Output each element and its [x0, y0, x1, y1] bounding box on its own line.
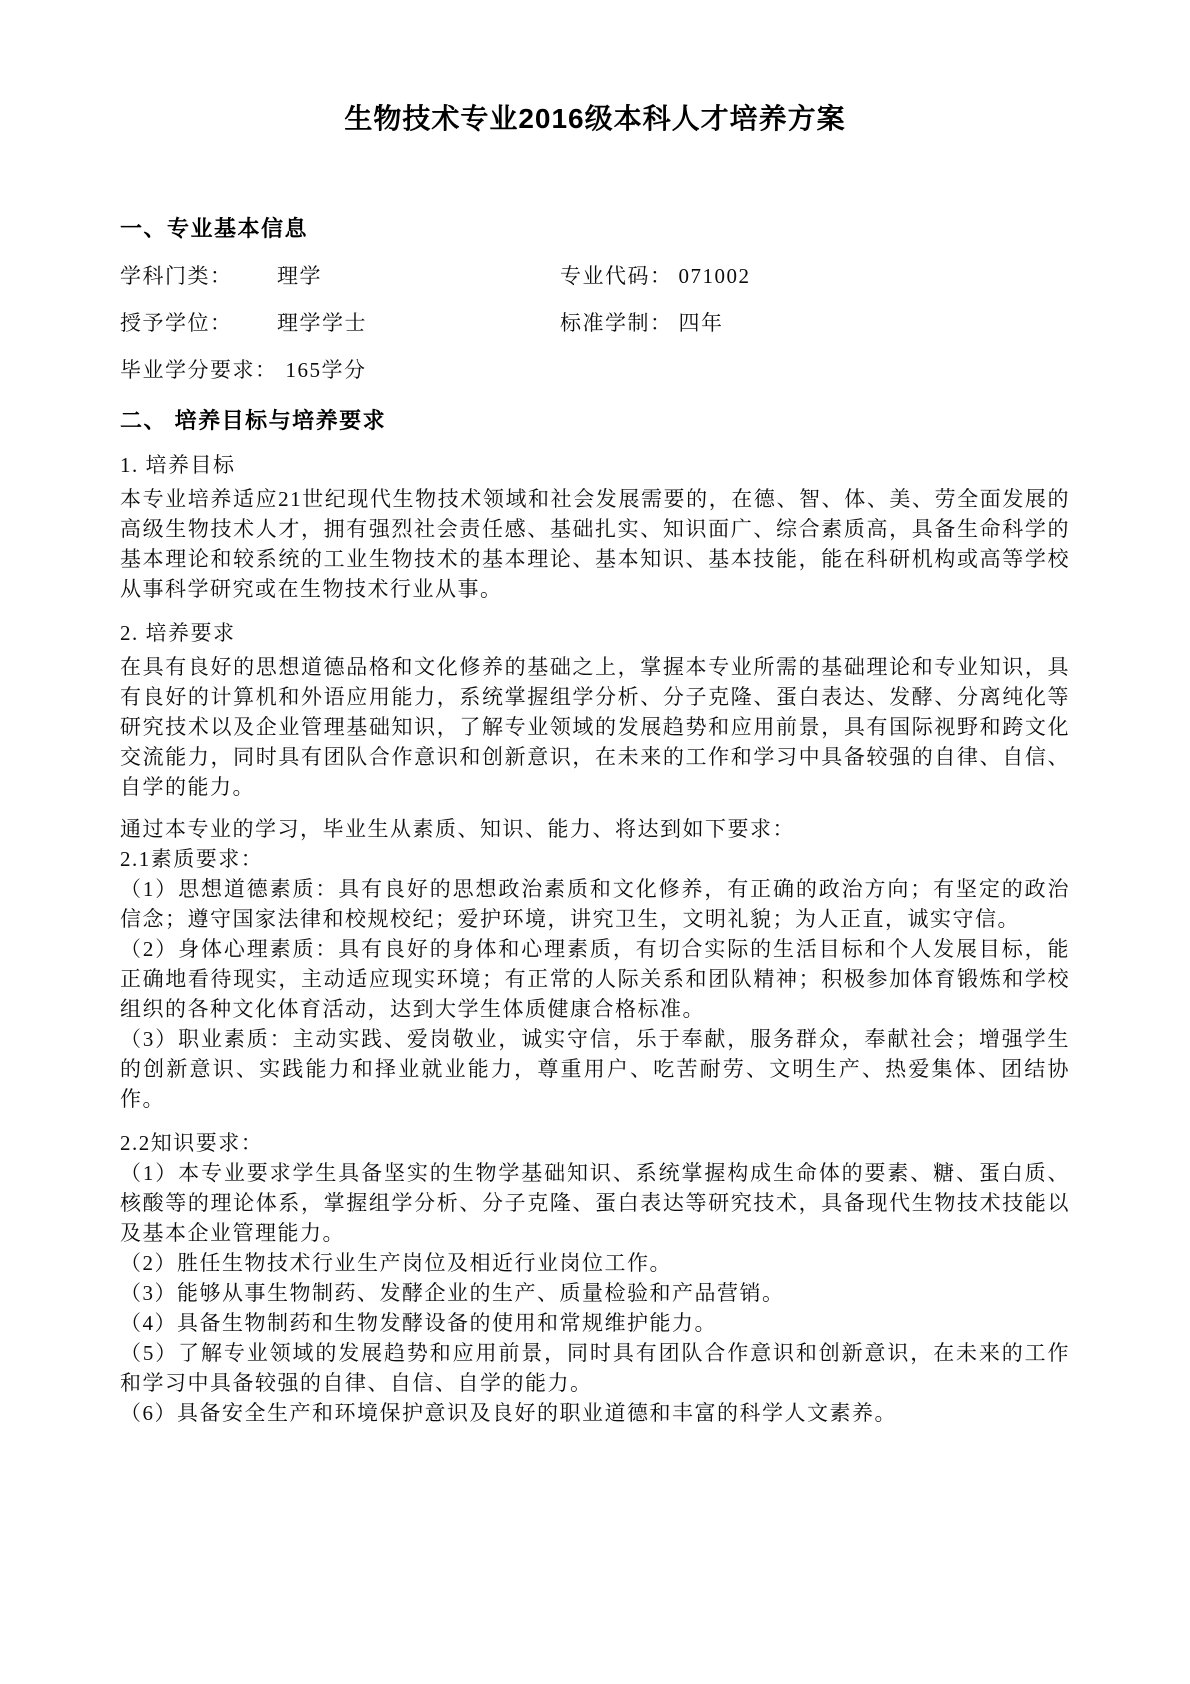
basic-info-table: 学科门类： 理学 专业代码： 071002 授予学位： 理学学士 标准学制： 四… [120, 261, 1070, 385]
info-row-degree-duration: 授予学位： 理学学士 标准学制： 四年 [120, 308, 1070, 338]
quality-item-1: （1）思想道德素质：具有良好的思想政治素质和文化修养，有正确的政治方向；有坚定的… [120, 874, 1070, 934]
section-2-heading: 二、 培养目标与培养要求 [120, 406, 1070, 436]
requirements-list-block: 通过本专业的学习，毕业生从素质、知识、能力、将达到如下要求： 2.1素质要求： … [120, 814, 1070, 1114]
info-row-credits: 毕业学分要求： 165学分 [120, 355, 1070, 385]
duration-label: 标准学制： [560, 308, 673, 338]
requirement-subheading: 2. 培养要求 [120, 618, 1070, 648]
major-code-label: 专业代码： [560, 261, 673, 291]
degree-value: 理学学士 [277, 308, 560, 338]
quality-item-2: （2）身体心理素质：具有良好的身体和心理素质，有切合实际的生活目标和个人发展目标… [120, 934, 1070, 1024]
section-1-heading: 一、专业基本信息 [120, 214, 1070, 244]
knowledge-item-3: （3）能够从事生物制药、发酵企业的生产、质量检验和产品营销。 [120, 1278, 1070, 1308]
quality-item-3: （3）职业素质：主动实践、爱岗敬业，诚实守信，乐于奉献，服务群众，奉献社会；增强… [120, 1024, 1070, 1114]
knowledge-item-5: （5）了解专业领域的发展趋势和应用前景，同时具有团队合作意识和创新意识，在未来的… [120, 1338, 1070, 1398]
knowledge-item-2: （2）胜任生物技术行业生产岗位及相近行业岗位工作。 [120, 1248, 1070, 1278]
discipline-category-value: 理学 [277, 261, 560, 291]
knowledge-heading: 2.2知识要求： [120, 1128, 1070, 1158]
duration-value: 四年 [673, 308, 724, 338]
discipline-category-label: 学科门类： [120, 261, 277, 291]
requirement-intro: 通过本专业的学习，毕业生从素质、知识、能力、将达到如下要求： [120, 814, 1070, 844]
goal-paragraph: 本专业培养适应21世纪现代生物技术领域和社会发展需要的，在德、智、体、美、劳全面… [120, 484, 1070, 604]
document-content: 生物技术专业2016级本科人才培养方案 一、专业基本信息 学科门类： 理学 专业… [120, 0, 1070, 1428]
info-row-discipline-code: 学科门类： 理学 专业代码： 071002 [120, 261, 1070, 291]
knowledge-item-6: （6）具备安全生产和环境保护意识及良好的职业道德和丰富的科学人文素养。 [120, 1398, 1070, 1428]
knowledge-item-4: （4）具备生物制药和生物发酵设备的使用和常规维护能力。 [120, 1308, 1070, 1338]
goal-subheading: 1. 培养目标 [120, 450, 1070, 480]
document-title: 生物技术专业2016级本科人才培养方案 [120, 100, 1070, 138]
requirement-paragraph: 在具有良好的思想道德品格和文化修养的基础之上，掌握本专业所需的基础理论和专业知识… [120, 652, 1070, 802]
credits-value: 165学分 [278, 355, 367, 385]
degree-label: 授予学位： [120, 308, 277, 338]
document-page: 生物技术专业2016级本科人才培养方案 一、专业基本信息 学科门类： 理学 专业… [0, 0, 1190, 1684]
quality-heading: 2.1素质要求： [120, 844, 1070, 874]
credits-label: 毕业学分要求： [120, 355, 278, 385]
major-code-value: 071002 [673, 261, 751, 291]
knowledge-list-block: 2.2知识要求： （1）本专业要求学生具备坚实的生物学基础知识、系统掌握构成生命… [120, 1128, 1070, 1428]
knowledge-item-1: （1）本专业要求学生具备坚实的生物学基础知识、系统掌握构成生命体的要素、糖、蛋白… [120, 1158, 1070, 1248]
